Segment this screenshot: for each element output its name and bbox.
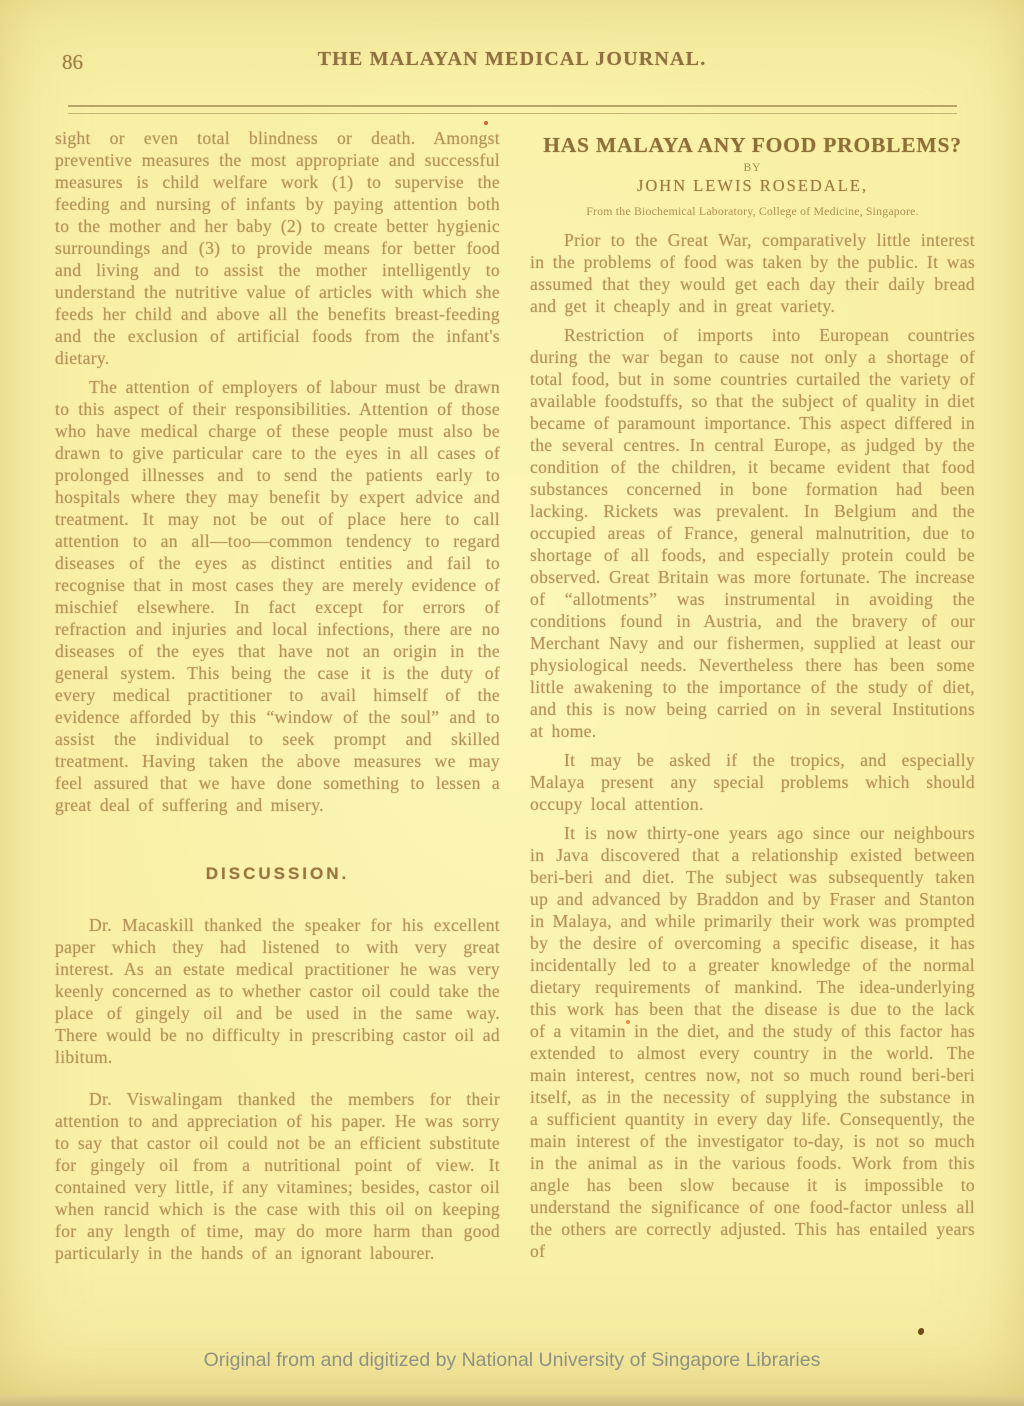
paragraph: Restriction of imports into European cou…	[530, 324, 975, 742]
paragraph: It may be asked if the tropics, and espe…	[530, 749, 975, 815]
article-title: HAS MALAYA ANY FOOD PROBLEMS?	[530, 133, 975, 158]
paragraph: Prior to the Great War, comparatively li…	[530, 229, 975, 317]
paragraph: Dr. Viswalingam thanked the members for …	[55, 1088, 500, 1264]
discussion-heading: DISCUSSION.	[55, 864, 500, 884]
author-name: JOHN LEWIS ROSEDALE,	[530, 176, 975, 196]
right-column: HAS MALAYA ANY FOOD PROBLEMS? BY JOHN LE…	[530, 127, 975, 1271]
journal-title: THE MALAYAN MEDICAL JOURNAL.	[0, 48, 1024, 71]
header-rule	[68, 105, 957, 114]
scanned-journal-page: 86 THE MALAYAN MEDICAL JOURNAL. sight or…	[0, 0, 1024, 1406]
digitization-credit: Original from and digitized by National …	[0, 1349, 1024, 1372]
ink-speck-orange	[626, 1020, 630, 1024]
discussion-paragraphs: Dr. Macaskill thanked the speaker for hi…	[55, 914, 500, 1264]
page-body: sight or even total blindness or death. …	[55, 127, 975, 1271]
byline-prefix: BY	[530, 162, 975, 174]
ink-speck-red	[484, 121, 488, 125]
paragraph: It is now thirty-one years ago since our…	[530, 822, 975, 1262]
paragraph: Dr. Macaskill thanked the speaker for hi…	[55, 914, 500, 1068]
page-bottom-edge	[0, 1395, 1024, 1406]
left-column: sight or even total blindness or death. …	[55, 127, 500, 1271]
article-paragraphs: Prior to the Great War, comparatively li…	[530, 229, 975, 1262]
left-column-paragraphs: sight or even total blindness or death. …	[55, 127, 500, 816]
paragraph: sight or even total blindness or death. …	[55, 127, 500, 369]
author-affiliation: From the Biochemical Laboratory, College…	[530, 204, 975, 219]
paragraph: The attention of employers of labour mus…	[55, 376, 500, 816]
ink-spot	[918, 1328, 924, 1335]
